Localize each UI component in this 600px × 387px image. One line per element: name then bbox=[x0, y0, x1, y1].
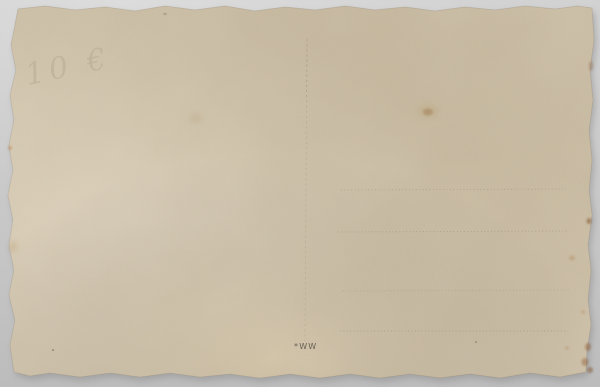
publisher-mark: *WW bbox=[294, 342, 317, 351]
stain bbox=[587, 367, 593, 373]
stain bbox=[565, 347, 569, 350]
stain bbox=[582, 358, 589, 366]
stain bbox=[9, 146, 12, 150]
stain bbox=[587, 218, 592, 224]
speck bbox=[163, 13, 167, 15]
photo-of-postcard-back: 10 € *WW bbox=[0, 0, 600, 387]
stain bbox=[585, 343, 591, 351]
postcard-back-scene: 10 € *WW bbox=[0, 0, 600, 387]
stain bbox=[569, 256, 575, 261]
stain bbox=[423, 109, 433, 116]
speck bbox=[52, 349, 54, 351]
stain bbox=[10, 242, 16, 252]
stain bbox=[190, 114, 202, 122]
stain bbox=[589, 61, 593, 71]
stain bbox=[581, 310, 585, 314]
speck bbox=[475, 341, 477, 343]
